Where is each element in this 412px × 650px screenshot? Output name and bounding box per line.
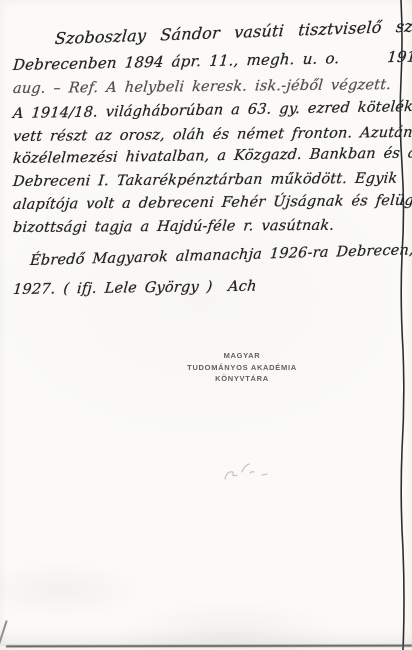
handwritten-line: vett részt az orosz, oláh és német front… <box>12 125 412 145</box>
page-bottom-edge <box>6 645 412 648</box>
handwritten-line: közélelmezési hivatalban, a Közgazd. Ban… <box>12 145 412 167</box>
scanned-archive-card: Szoboszlay Sándor vasúti tisztviselő szü… <box>0 0 412 650</box>
handwritten-line: Debrecenben 1894 ápr. 11., megh. u. o. 1… <box>12 47 412 74</box>
handwritten-line: Szoboszlay Sándor vasúti tisztviselő szü… <box>54 16 412 48</box>
stamp-line: KÖNYVTÁRA <box>186 373 298 385</box>
stamp-line: MAGYAR <box>186 350 298 362</box>
library-stamp: MAGYAR TUDOMÁNYOS AKADÉMIA KÖNYVTÁRA <box>186 350 298 385</box>
handwritten-line: Debreceni I. Takarékpénztárban működött.… <box>12 171 398 190</box>
page-right-edge <box>392 0 412 650</box>
bottom-shadow <box>0 628 412 646</box>
handwritten-line: alapítója volt a debreceni Fehér Újságna… <box>12 192 412 213</box>
pencil-squiggle-mark <box>222 457 274 485</box>
handwritten-line: A 1914/18. világháborúban a 63. gy. ezre… <box>12 98 412 122</box>
handwritten-line: aug. – Ref. A helybeli keresk. isk.-jébő… <box>12 77 392 97</box>
handwritten-line: Ébredő Magyarok almanachja 1926-ra Debre… <box>29 242 412 269</box>
handwritten-line: bizottsági tagja a Hajdú-féle r. vasútna… <box>12 218 335 236</box>
stamp-line: TUDOMÁNYOS AKADÉMIA <box>186 362 298 374</box>
handwritten-line: 1927. ( ifj. Lele György ) Ach <box>12 279 257 298</box>
